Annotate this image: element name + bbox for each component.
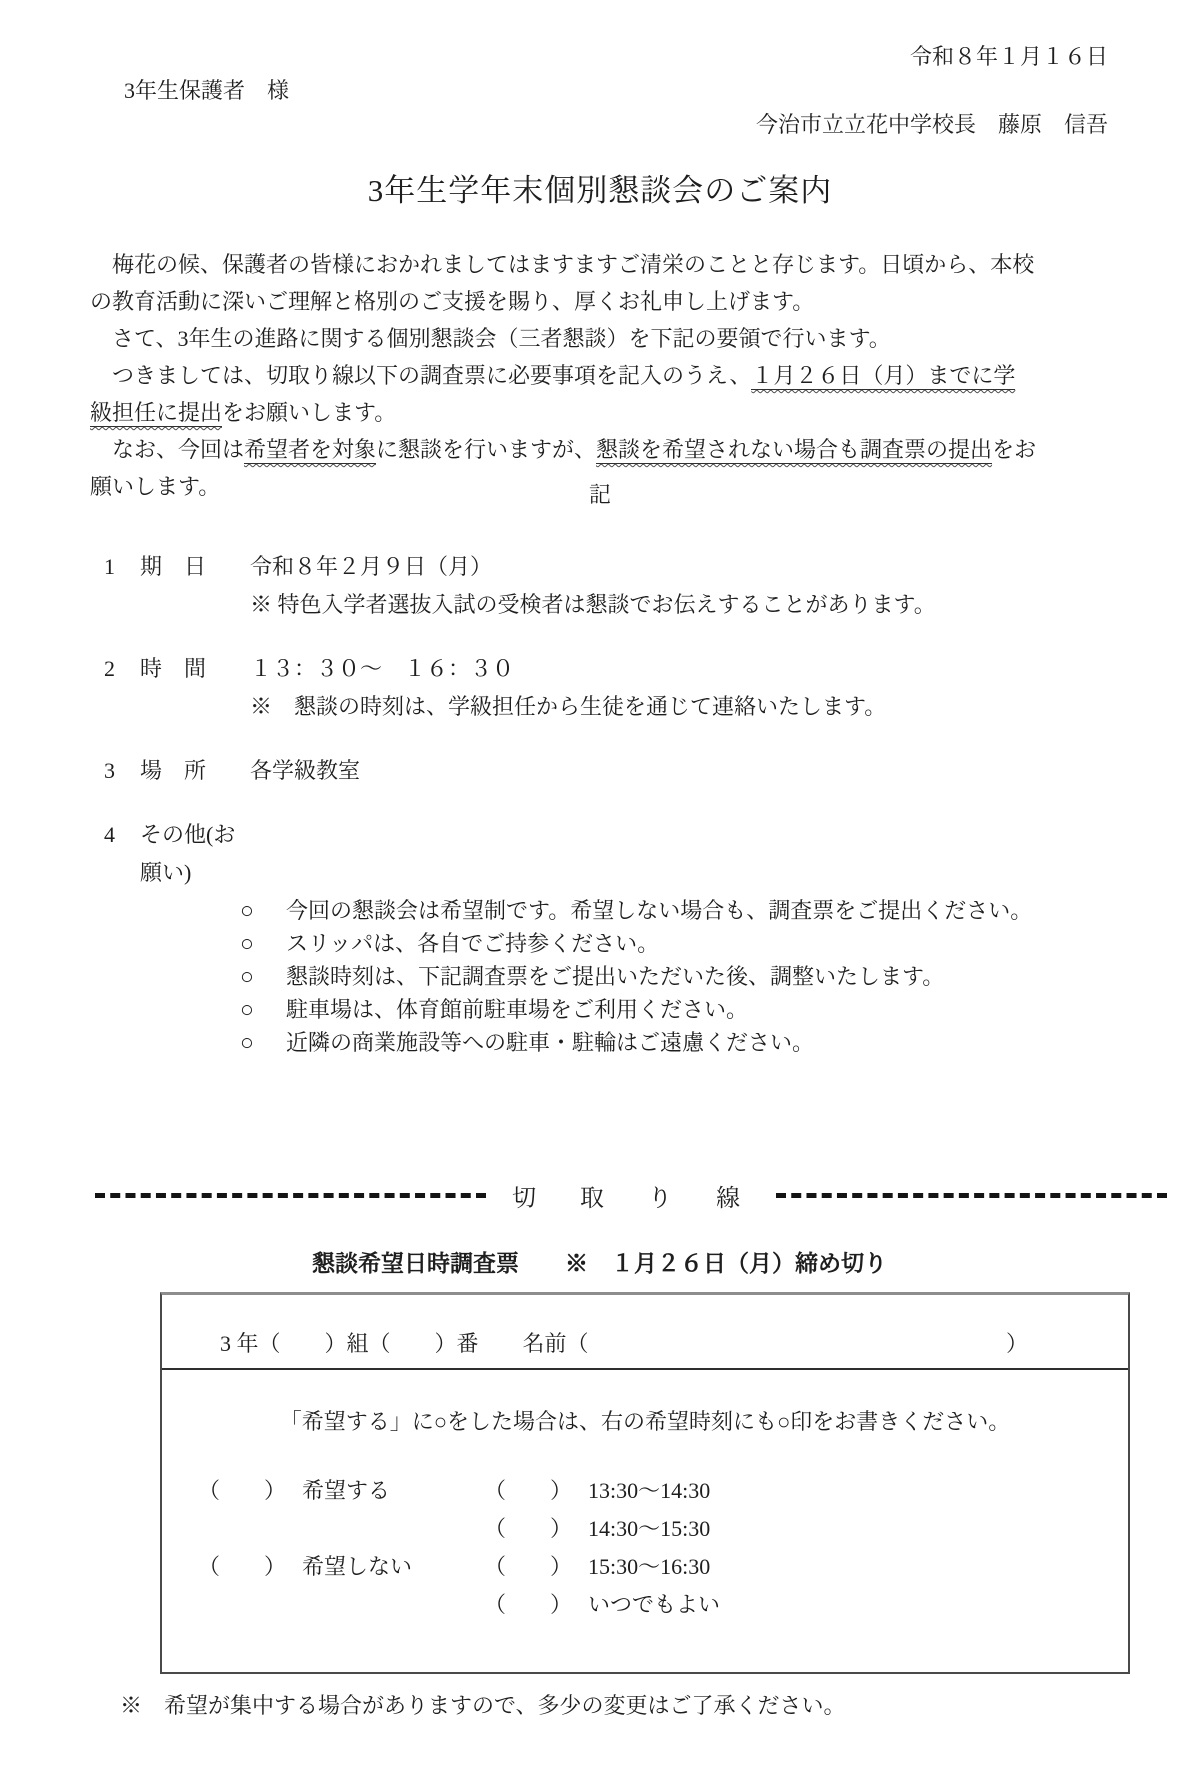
empty-cell [162,1586,484,1624]
cut-line-dash [776,1193,1167,1198]
document-page: 令和８年１月１６日 3年生保護者 様 今治市立立花中学校長 藤原 信吾 3年生学… [0,0,1200,1783]
body-line: なお、今回は希望者を対象に懇談を行いますが、懇談を希望されない場合も調査票の提出… [90,431,1120,468]
option-paren-blank: （ ） [484,1554,572,1579]
bullet-text: 駐車場は、体育館前駐車場をご利用ください。 [286,993,748,1026]
section-label: 場 所 [140,752,250,790]
option-label: 希望する [302,1478,390,1503]
section-item: 1 期 日 令和８年２月９日（月） ※ 特色入学者選抜入試の受検者は懇談でお伝え… [90,548,1120,624]
bullet-text: 近隣の商業施設等への駐車・駐輪はご遠慮ください。 [286,1026,814,1059]
list-item: ○今回の懇談会は希望制です。希望しない場合も、調査票をご提出ください。 [240,894,1120,927]
list-item: ○近隣の商業施設等への駐車・駐輪はご遠慮ください。 [240,1026,1120,1059]
body-line: 梅花の候、保護者の皆様におかれましてはますますご清栄のことと存じます。日頃から、… [90,246,1120,283]
section-label: 時 間 [140,650,250,688]
option-paren-blank: （ ） [198,1478,286,1503]
section-value: 令和８年２月９日（月） [250,548,492,586]
circle-bullet-marker: ○ [240,993,286,1026]
section-value: １３：３０～ １６：３０ [250,650,514,688]
sections-list: 1 期 日 令和８年２月９日（月） ※ 特色入学者選抜入試の受検者は懇談でお伝え… [90,548,1120,1085]
cut-line-label: 切 取 り 線 [486,1178,776,1213]
wish-option: （ ）希望する [162,1472,484,1510]
bullet-text: 懇談時刻は、下記調査票をご提出いただいた後、調整いたします。 [286,960,944,993]
body-line: つきましては、切取り線以下の調査票に必要事項を記入のうえ、１月２６日（月）までに… [90,357,1120,394]
list-item: ○スリッパは、各自でご持参ください。 [240,927,1120,960]
emphasized-text: 懇談を希望されない場合も調査票の提出 [596,437,992,464]
section-label: その他(お願い) [140,816,250,892]
body-paragraphs: 梅花の候、保護者の皆様におかれましてはますますご清栄のことと存じます。日頃から、… [90,246,1120,505]
cut-line-dash [95,1193,486,1198]
section-item: 2 時 間 １３：３０～ １６：３０ ※ 懇談の時刻は、学級担任から生徒を通じて… [90,650,1120,726]
empty-cell [162,1510,484,1548]
section-number: 1 [90,548,140,586]
circle-bullet-marker: ○ [240,960,286,993]
cut-line: 切 取 り 線 [95,1178,1167,1213]
emphasized-deadline-text: 級担任に提出 [90,400,222,427]
ki-marker: 記 [0,478,1200,512]
wish-option: （ ）希望しない [162,1548,484,1586]
other-requests-list: ○今回の懇談会は希望制です。希望しない場合も、調査票をご提出ください。 ○スリッ… [240,894,1120,1059]
document-title: 3年生学年末個別懇談会のご案内 [0,170,1200,212]
body-line: 級担任に提出をお願いします。 [90,394,1120,431]
option-label: いつでもよい [588,1592,720,1617]
time-option: （ ）13:30～14:30 [484,1472,710,1510]
list-item: ○懇談時刻は、下記調査票をご提出いただいた後、調整いたします。 [240,960,1120,993]
body-line: さて、3年生の進路に関する個別懇談会（三者懇談）を下記の要領で行います。 [90,320,1120,357]
form-header-row: 3 年（ ）組（ ）番 名前（ ） [162,1295,1128,1370]
section-note: ※ 懇談の時刻は、学級担任から生徒を通じて連絡いたします。 [250,688,1120,726]
option-label: 15:30～16:30 [588,1554,710,1579]
list-item: ○駐車場は、体育館前駐車場をご利用ください。 [240,993,1120,1026]
form-note: 「希望する」に○をした場合は、右の希望時刻にも○印をお書きください。 [162,1406,1128,1438]
form-title-row: 懇談希望日時調査票 ※ １月２６日（月）締め切り [312,1248,887,1280]
section-item: 3 場 所 各学級教室 [90,752,1120,790]
form-title: 懇談希望日時調査票 [312,1248,519,1280]
section-item: 4 その他(お願い) ○今回の懇談会は希望制です。希望しない場合も、調査票をご提… [90,816,1120,1059]
option-grid: （ ）希望する （ ）13:30～14:30 （ ）14:30～15:30 （ … [162,1472,1128,1624]
addressee: 3年生保護者 様 [124,76,289,106]
form-footnote: ※ 希望が集中する場合がありますので、多少の変更はご了承ください。 [120,1690,846,1722]
section-number: 3 [90,752,140,790]
option-row: （ ）いつでもよい [162,1586,1128,1624]
student-info-blanks: 3 年（ ）組（ ）番 名前（ [220,1329,589,1359]
option-paren-blank: （ ） [484,1478,572,1503]
time-option: （ ）15:30～16:30 [484,1548,710,1586]
section-note: ※ 特色入学者選抜入試の受検者は懇談でお伝えすることがあります。 [250,586,1120,624]
bullet-text: 今回の懇談会は希望制です。希望しない場合も、調査票をご提出ください。 [286,894,1032,927]
section-number: 4 [90,816,140,892]
circle-bullet-marker: ○ [240,1026,286,1059]
option-label: 希望しない [302,1554,412,1579]
emphasized-deadline-text: １月２６日（月）までに学 [751,363,1015,390]
section-label: 期 日 [140,548,250,586]
emphasized-text: 希望者を対象 [244,437,376,464]
section-number: 2 [90,650,140,688]
option-label: 14:30～15:30 [588,1516,710,1541]
time-option: （ ）14:30～15:30 [484,1510,710,1548]
document-date: 令和８年１月１６日 [910,42,1108,72]
circle-bullet-marker: ○ [240,927,286,960]
circle-bullet-marker: ○ [240,894,286,927]
body-line: の教育活動に深いご理解と格別のご支援を賜り、厚くお礼申し上げます。 [90,283,1120,320]
time-option: （ ）いつでもよい [484,1586,720,1624]
option-row: （ ）希望する （ ）13:30～14:30 [162,1472,1128,1510]
form-box: 3 年（ ）組（ ）番 名前（ ） 「希望する」に○をした場合は、右の希望時刻に… [160,1292,1130,1674]
option-label: 13:30～14:30 [588,1478,710,1503]
option-paren-blank: （ ） [198,1554,286,1579]
option-row: （ ）希望しない （ ）15:30～16:30 [162,1548,1128,1586]
option-paren-blank: （ ） [484,1592,572,1617]
option-paren-blank: （ ） [484,1516,572,1541]
name-field-close-paren: ） [1006,1329,1028,1359]
sender-line: 今治市立立花中学校長 藤原 信吾 [756,110,1108,140]
form-deadline: ※ １月２６日（月）締め切り [565,1248,887,1280]
bullet-text: スリッパは、各自でご持参ください。 [286,927,659,960]
section-value: 各学級教室 [250,752,360,790]
option-row: （ ）14:30～15:30 [162,1510,1128,1548]
